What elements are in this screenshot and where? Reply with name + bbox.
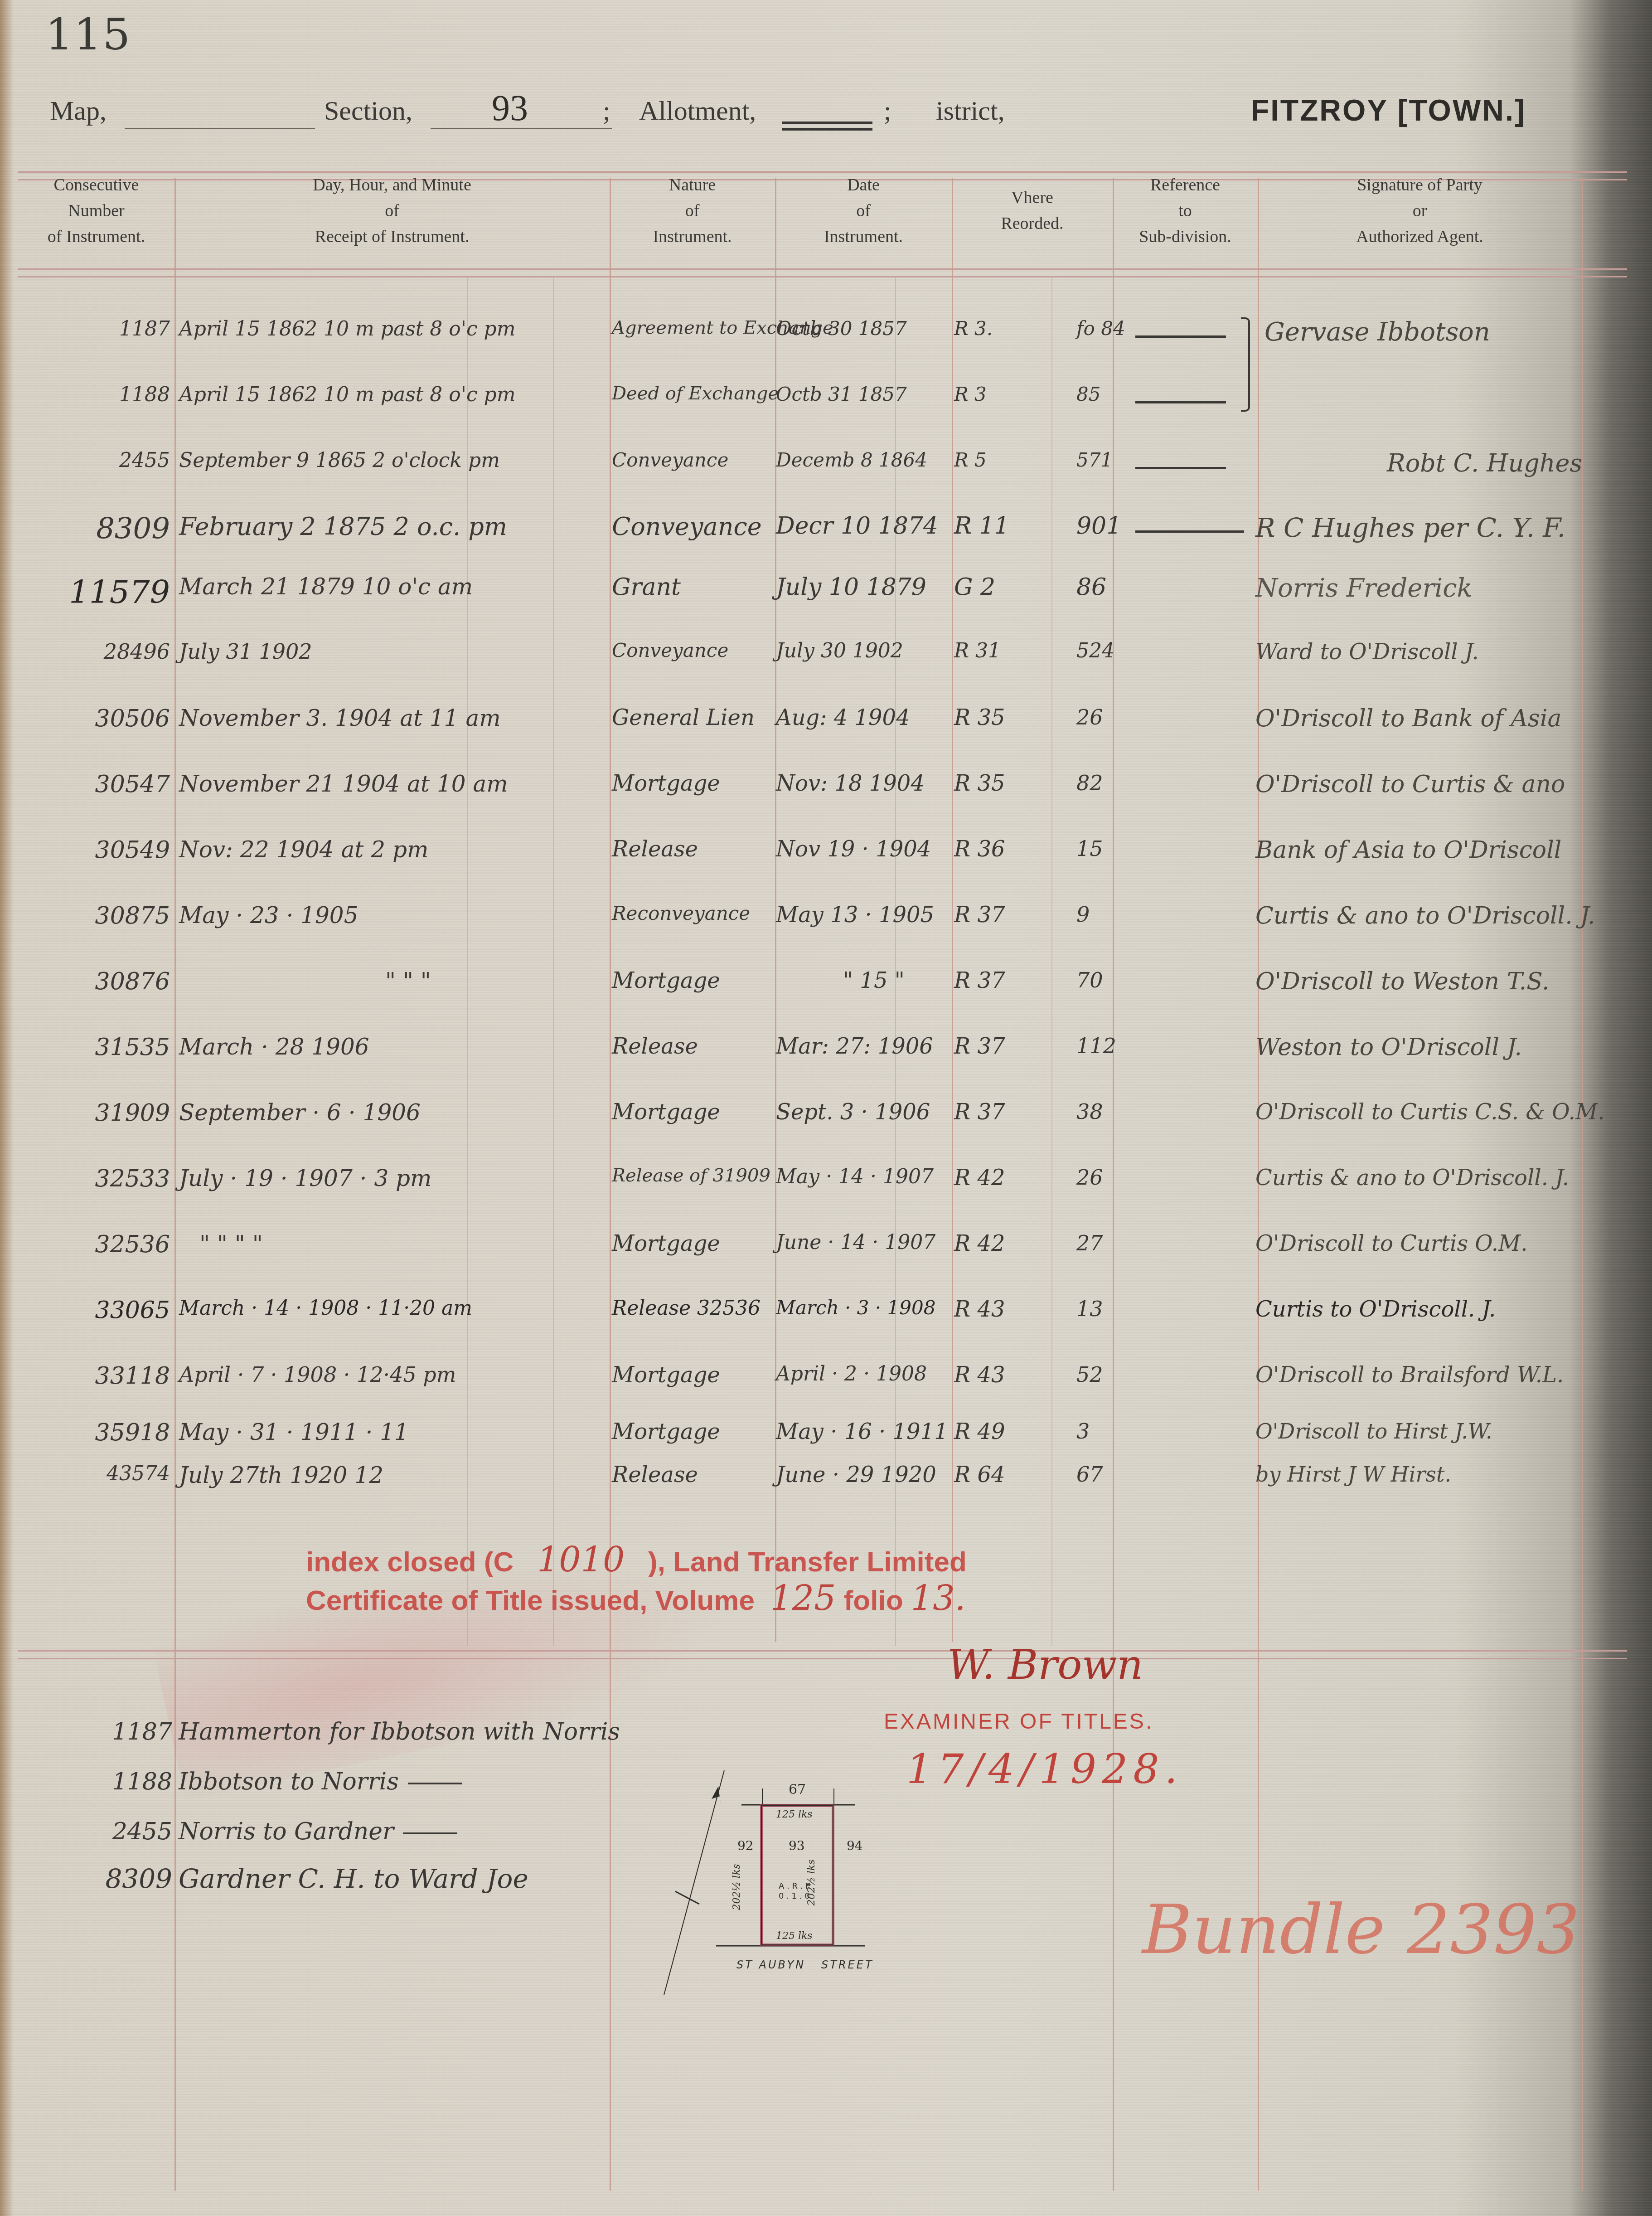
allotment-label: Allotment, [639,95,756,126]
entry-number: 32536 [18,1231,174,1258]
entry-signature: O'Driscoll to Curtis C.S. & O.M. [1255,1099,1604,1125]
entry-recorded: G 2 [954,573,995,601]
entry-number: 1188 [18,383,174,406]
entry-date: Octb 30 1857 [776,317,907,340]
entry-nature: Conveyance [612,639,728,661]
entry-number: 33118 [18,1362,174,1390]
entry-number: 35918 [18,1419,174,1446]
table-row: 2455 September 9 1865 2 o'clock pm Conve… [0,449,1652,503]
entry-signature: Ward to O'Driscoll J. [1255,639,1479,665]
entry-signature: O'Driscoll to Curtis & ano [1255,771,1565,798]
header-bottom-rule [18,268,1627,277]
memo-dash [408,1783,462,1784]
header-consecutive-number: ConsecutiveNumberof Instrument. [18,172,174,250]
entry-recorded: R 3 [954,383,987,405]
entry-recorded: R 31 [954,639,1001,662]
entry-date: Nov: 18 1904 [776,771,925,796]
entry-date: July 30 1902 [776,639,903,662]
map-field-line [125,128,315,129]
entry-folio: 571 [1076,449,1113,471]
entry-reference-dash [1135,335,1226,338]
entry-received: April 15 1862 10 m past 8 o'c pm [179,317,515,340]
header-where-recorded: VhereReorded. [952,185,1113,237]
memo-dash [403,1832,457,1834]
stamp-c-number: 1010 [537,1539,625,1579]
table-row: 31535 March · 28 1906 Release Mar: 27: 1… [0,1034,1652,1088]
entry-date: Decr 10 1874 [776,512,938,539]
entry-recorded: R 36 [954,836,1005,862]
entry-nature: Mortgage [612,1099,720,1125]
entry-number: 30506 [18,705,174,732]
entry-reference-dash [1135,467,1226,469]
certificate-stamp: Certificate of Title issued, Volume 125 … [306,1578,966,1618]
entry-recorded: R 37 [954,1034,1005,1059]
entry-recorded: R 43 [954,1297,1005,1322]
page-number: 115 [45,9,131,60]
entry-folio: 67 [1076,1462,1103,1487]
entry-received: September 9 1865 2 o'clock pm [179,449,500,472]
entry-recorded: R 35 [954,705,1005,730]
entry-recorded: R 37 [954,968,1005,993]
entry-signature: Curtis & ano to O'Driscoll. J. [1255,902,1595,929]
plan-area-value: 0 . 1 . 0 [779,1891,810,1901]
header-signature: Signature of PartyorAuthorized Agent. [1258,172,1582,250]
entry-nature: Deed of Exchange [612,383,779,404]
entry-nature: Release 32536 [612,1297,761,1320]
entry-nature: Conveyance [612,449,728,471]
plan-east-neighbor: 94 [847,1838,863,1853]
entry-date: Sept. 3 · 1906 [776,1099,930,1125]
entry-reference-dash [1135,401,1226,403]
table-row: 8309 February 2 1875 2 o.c. pm Conveyanc… [0,512,1652,567]
entry-received: March 21 1879 10 o'c am [179,573,473,600]
header-nature: NatureofInstrument. [610,172,775,250]
entry-received: March · 14 · 1908 · 11·20 am [179,1297,472,1320]
district-value: FITZROY [TOWN.] [1251,93,1526,127]
entry-signature: Curtis & ano to O'Driscoll. J. [1255,1165,1569,1191]
examiner-signature: W. Brown [947,1641,1143,1689]
entry-received: July 31 1902 [179,639,312,664]
entry-folio: fo 84 [1076,317,1125,340]
plan-north-neighbor: 67 [789,1782,806,1798]
header-reference: ReferencetoSub-division. [1113,172,1258,250]
table-row: 33118 April · 7 · 1908 · 12·45 pm Mortga… [0,1362,1652,1417]
entry-signature: by Hirst J W Hirst. [1255,1462,1451,1487]
entry-date: Decemb 8 1864 [776,449,927,471]
district-label: istrict, [936,95,1005,126]
entry-date: " 15 " [843,968,905,993]
table-row: 30549 Nov: 22 1904 at 2 pm Release Nov 1… [0,836,1652,891]
entry-signature: O'Driscoll to Bank of Asia [1255,705,1561,732]
table-row: 32533 July · 19 · 1907 · 3 pm Release of… [0,1165,1652,1220]
plan-allotment-number: 93 [789,1838,805,1853]
entry-received: March · 28 1906 [179,1034,369,1060]
entry-nature: Conveyance [612,512,762,541]
entry-received: November 21 1904 at 10 am [179,771,508,797]
entry-nature: Grant [612,573,681,601]
plan-area-header: A . R . P [779,1881,810,1891]
header-date: DateofInstrument. [775,172,952,250]
entry-folio: 901 [1076,512,1121,539]
entry-nature: Release of 31909 [612,1165,770,1186]
entry-received: July 27th 1920 12 [179,1462,383,1488]
table-row: 32536 " " " " Mortgage June · 14 · 1907 … [0,1231,1652,1285]
entry-received: February 2 1875 2 o.c. pm [179,512,507,541]
entry-nature: Reconveyance [612,902,750,924]
plan-street-name: ST AUBYN STREET [736,1958,874,1971]
entry-recorded: R 64 [954,1462,1005,1487]
memo-line: 8309Gardner C. H. to Ward Joe [59,1863,528,1894]
allotment-double-line-2 [782,128,872,131]
footer-rule [18,1650,1627,1659]
table-row: 28496 July 31 1902 Conveyance July 30 19… [0,639,1652,694]
entry-received: Nov: 22 1904 at 2 pm [179,836,428,863]
section-label: Section, [324,95,412,126]
entry-folio: 52 [1076,1362,1103,1387]
entry-folio: 524 [1076,639,1114,662]
entry-recorded: R 43 [954,1362,1005,1388]
entry-signature: Weston to O'Driscoll J. [1255,1034,1522,1061]
table-row: 30875 May · 23 · 1905 Reconveyance May 1… [0,902,1652,957]
entry-folio: 9 [1076,902,1090,927]
entry-number: 31909 [18,1099,174,1127]
entry-number: 1187 [18,317,174,340]
examiner-title: EXAMINER OF TITLES. [884,1709,1153,1734]
entry-signature: R C Hughes per C. Y. F. [1255,512,1565,543]
allotment-double-line [782,121,872,124]
entry-recorded: R 42 [954,1165,1005,1191]
entry-recorded: R 42 [954,1231,1005,1256]
entry-nature: Mortgage [612,1362,720,1388]
semicolon-2: ; [884,95,891,126]
entry-number: 2455 [18,449,174,472]
entry-number: 30875 [18,902,174,929]
entry-recorded: R 3. [954,317,993,340]
entry-nature: Release [612,1034,698,1059]
entry-signature: O'Driscoll to Brailsford W.L. [1255,1362,1564,1388]
entry-received: April 15 1862 10 m past 8 o'c pm [179,383,515,406]
entry-folio: 82 [1076,771,1103,795]
semicolon-1: ; [603,95,610,126]
entry-received: " " " [385,968,431,994]
entry-folio: 85 [1076,383,1100,405]
entry-date: May · 14 · 1907 [776,1165,934,1188]
entry-recorded: R 49 [954,1419,1005,1444]
entry-signature: Curtis to O'Driscoll. J. [1255,1297,1496,1322]
entry-received: September · 6 · 1906 [179,1099,421,1126]
table-row: 30547 November 21 1904 at 10 am Mortgage… [0,771,1652,825]
table-row: 33065 March · 14 · 1908 · 11·20 am Relea… [0,1297,1652,1351]
entry-number: 11579 [18,573,174,611]
entry-nature: Release [612,836,698,862]
entry-signature: O'Driscoll to Weston T.S. [1255,968,1550,995]
entry-signature: O'Driscoll to Curtis O.M. [1255,1231,1527,1256]
entry-number: 30549 [18,836,174,864]
table-row: 30506 November 3. 1904 at 11 am General … [0,705,1652,759]
entry-date: March · 3 · 1908 [776,1297,935,1319]
entry-nature: Mortgage [612,1231,720,1256]
entry-number: 31535 [18,1034,174,1061]
index-closed-stamp: index closed (C 1010 ), Land Transfer Li… [306,1539,967,1579]
entry-received: May · 23 · 1905 [179,902,358,928]
entry-date: July 10 1879 [776,573,926,601]
entry-nature: Mortgage [612,1419,720,1444]
table-row: 30876 " " " Mortgage " 15 " R 37 70 O'Dr… [0,968,1652,1022]
entry-number: 43574 [18,1462,174,1485]
entry-received: November 3. 1904 at 11 am [179,705,501,731]
entry-folio: 3 [1076,1419,1090,1443]
entry-folio: 26 [1076,705,1103,729]
entry-date: June · 29 1920 [776,1462,936,1487]
entry-date: Nov 19 · 1904 [776,836,931,862]
entry-recorded: R 11 [954,512,1009,539]
entry-date: June · 14 · 1907 [776,1231,935,1254]
entry-date: Octb 31 1857 [776,383,907,405]
entry-received: " " " " [199,1231,263,1257]
entry-signature: Norris Frederick [1255,573,1472,603]
entry-folio: 112 [1076,1034,1116,1058]
entry-folio: 15 [1076,836,1103,861]
allotment-plan: 67 125 lks 92 93 94 202½ lks 202½ lks A … [657,1745,974,1995]
memo-line: 2455Norris to Gardner [59,1818,457,1845]
entry-recorded: R 37 [954,1099,1005,1125]
entry-received: July · 19 · 1907 · 3 pm [179,1165,432,1191]
entry-date: Mar: 27: 1906 [776,1034,933,1059]
table-row: 1188 April 15 1862 10 m past 8 o'c pm De… [0,383,1652,437]
entry-date: May · 16 · 1911 [776,1419,948,1444]
entry-signature: Bank of Asia to O'Driscoll [1255,836,1561,864]
plan-top-length: 125 lks [776,1809,813,1820]
entry-signature: Robt C. Hughes [1387,449,1582,477]
entry-signature: O'Driscoll to Hirst J.W. [1255,1419,1492,1443]
bundle-annotation: Bundle 2393 [1142,1890,1580,1969]
entry-number: 32533 [18,1165,174,1192]
map-label: Map, [50,95,107,126]
entry-reference-dash [1135,530,1244,533]
entry-nature: Release [612,1462,698,1487]
entry-date: Aug: 4 1904 [776,705,910,730]
entry-nature: Mortgage [612,771,720,796]
entry-recorded: R 35 [954,771,1005,796]
entry-folio: 70 [1076,968,1103,992]
entry-number: 30547 [18,771,174,798]
entry-folio: 86 [1076,573,1106,601]
entry-number: 28496 [18,639,174,664]
memo-line: 1188Ibbotson to Norris [59,1768,462,1795]
entry-nature: General Lien [612,705,755,730]
plan-left-length: 202½ lks [731,1864,742,1910]
entry-date: April · 2 · 1908 [776,1362,927,1385]
plan-bottom-length: 125 lks [776,1930,813,1942]
plan-west-neighbor: 92 [737,1838,754,1853]
stamp-folio: 13. [911,1578,966,1618]
header-receipt-time: Day, Hour, and MinuteofReceipt of Instru… [174,172,610,250]
entry-recorded: R 5 [954,449,987,471]
entry-received: May · 31 · 1911 · 11 [179,1419,409,1445]
entry-recorded: R 37 [954,902,1005,928]
table-row: 11579 March 21 1879 10 o'c am Grant July… [0,573,1652,628]
entry-number: 33065 [18,1297,174,1324]
entry-nature: Mortgage [612,968,720,993]
section-value: 93 [492,88,528,129]
entry-folio: 38 [1076,1099,1103,1124]
stamp-volume: 125 [770,1578,836,1618]
entry-received: April · 7 · 1908 · 12·45 pm [179,1362,456,1387]
entry-number: 8309 [18,512,174,546]
entry-number: 30876 [18,968,174,995]
table-row: 1187 April 15 1862 10 m past 8 o'c pm Ag… [0,317,1652,372]
table-row: 31909 September · 6 · 1906 Mortgage Sept… [0,1099,1652,1154]
entry-folio: 26 [1076,1165,1103,1190]
entry-folio: 27 [1076,1231,1103,1255]
memo-line: 1187Hammerton for Ibbotson with Norris [59,1718,620,1745]
entry-signature: Gervase Ibbotson [1264,317,1490,347]
entry-folio: 13 [1076,1297,1103,1321]
table-row: 43574 July 27th 1920 12 Release June · 2… [0,1462,1652,1516]
entry-date: May 13 · 1905 [776,902,934,928]
ledger-page: 115 Map, Section, 93 ; Allotment, ; istr… [0,0,1652,2216]
